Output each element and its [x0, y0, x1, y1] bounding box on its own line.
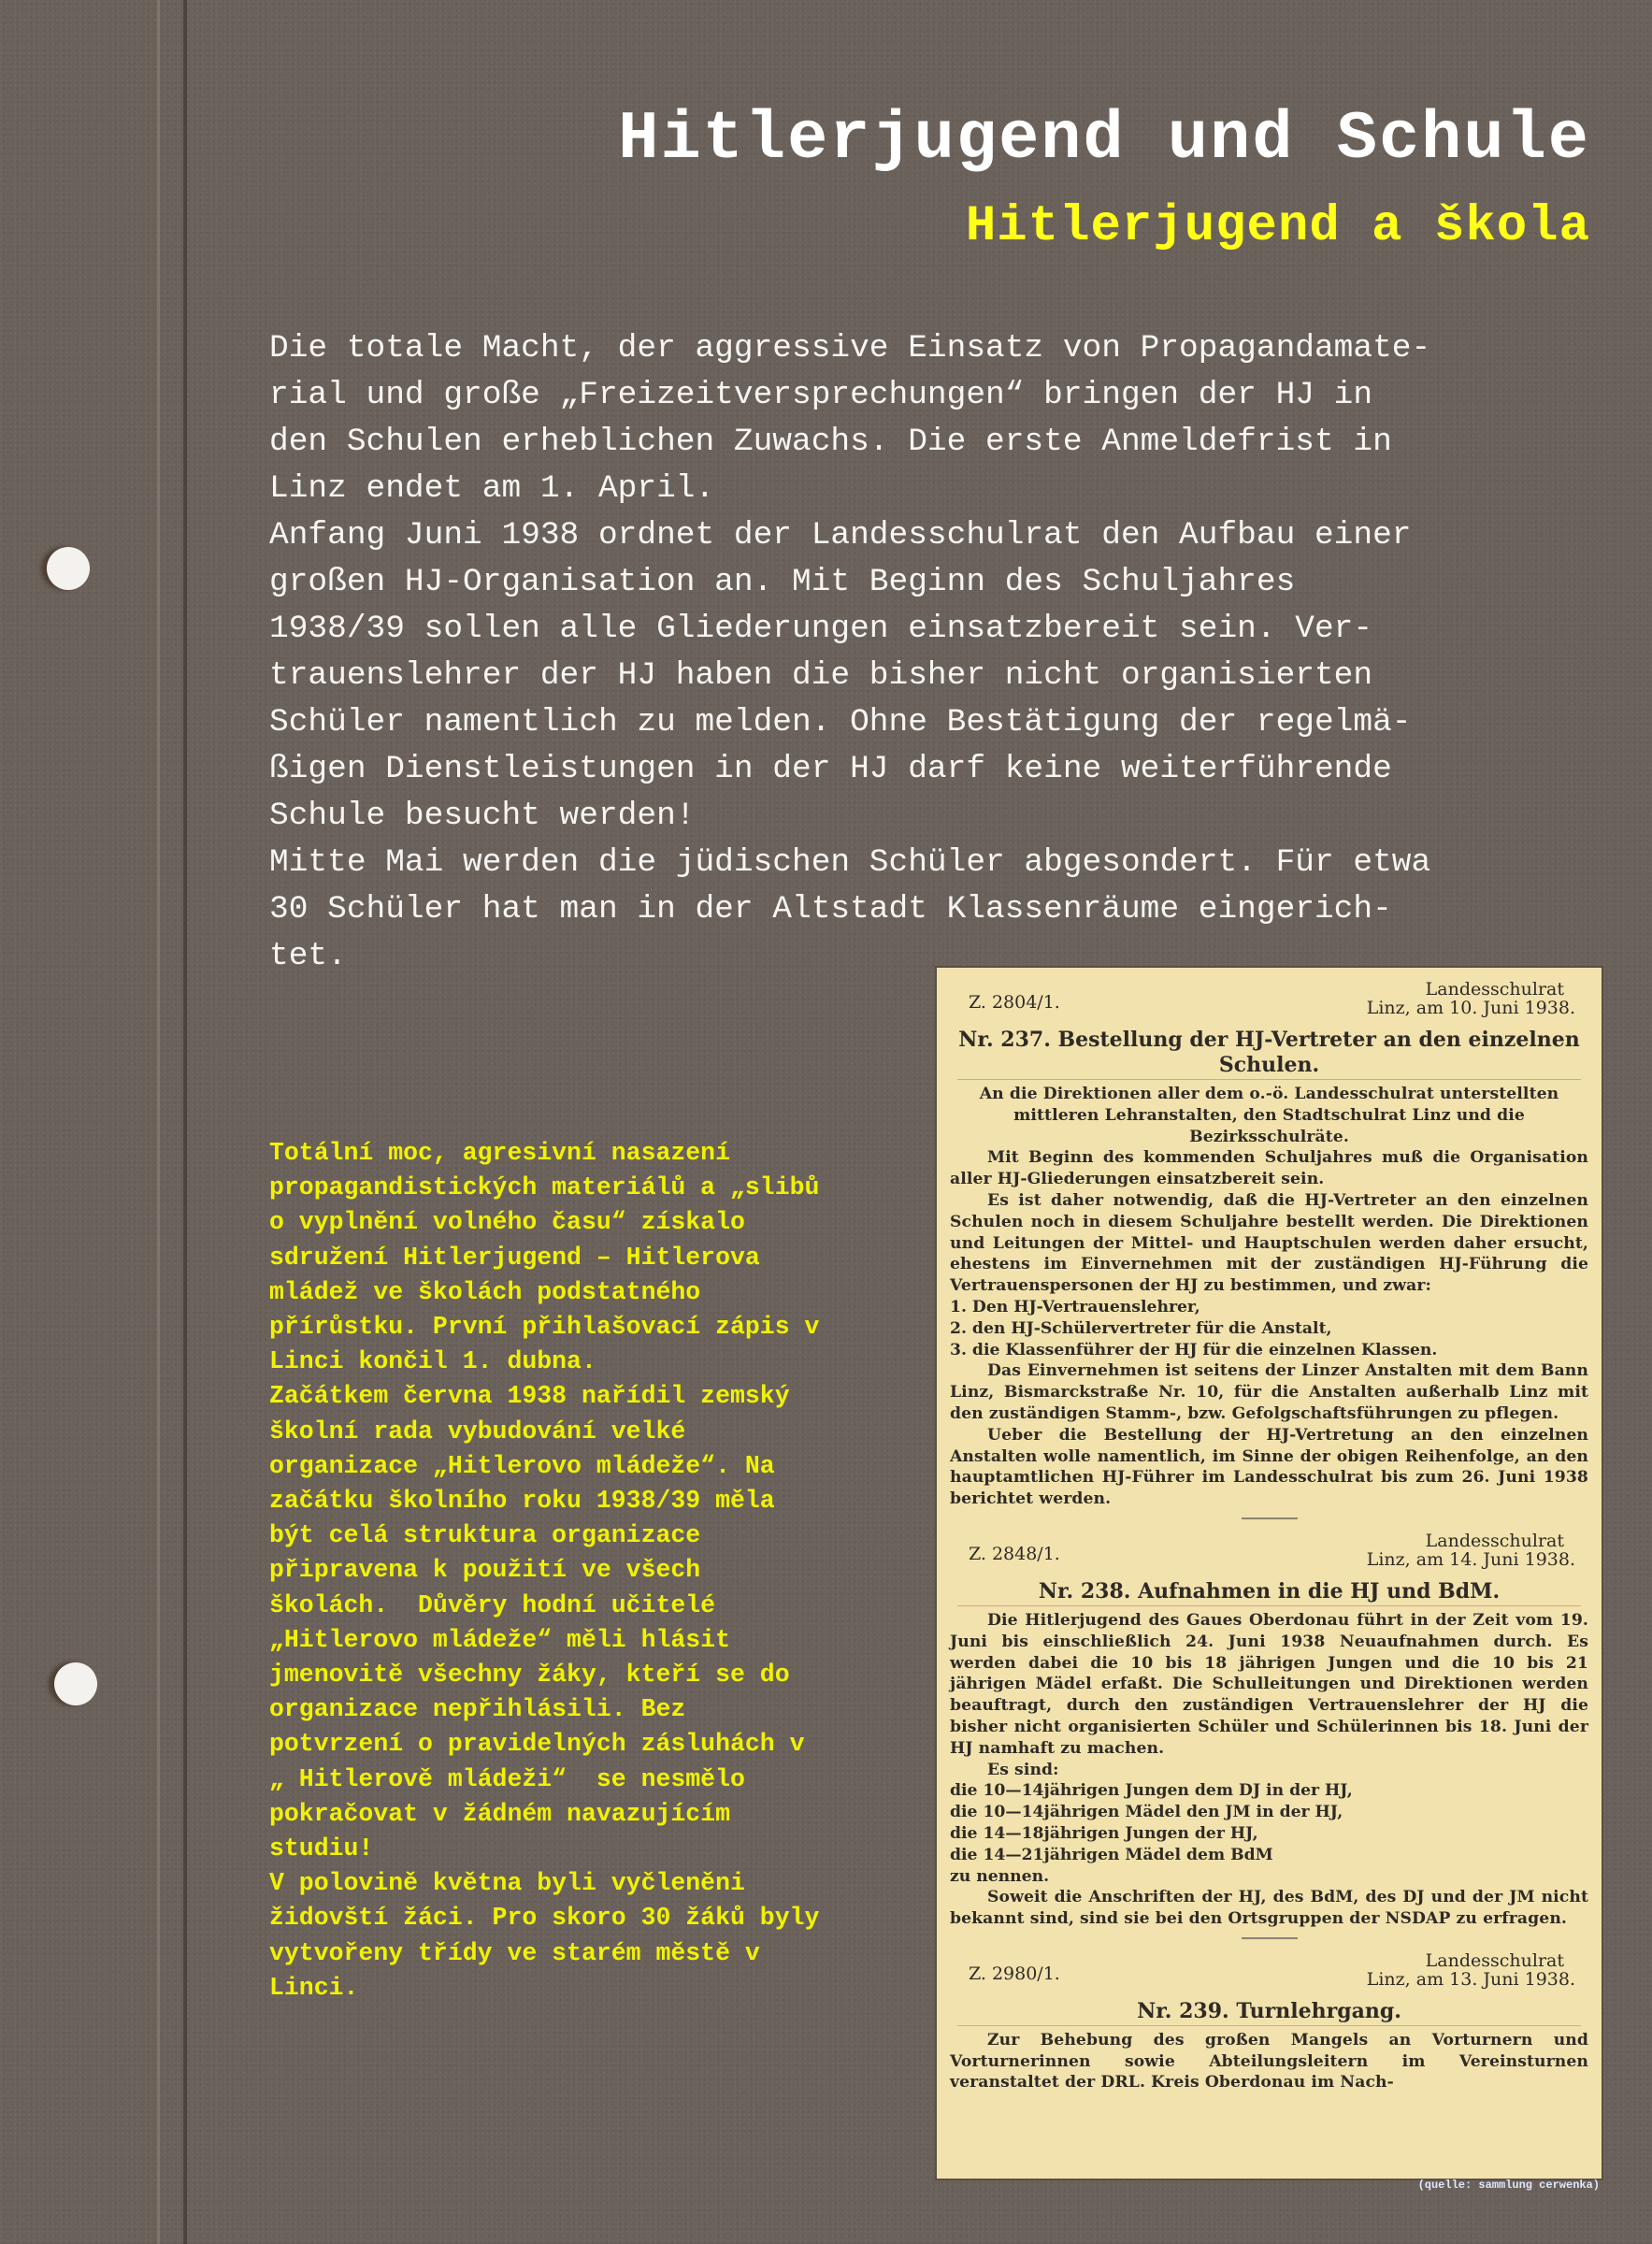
decree-title: Nr. 239. Turnlehrgang. [957, 1999, 1581, 2026]
czech-text-line: školní rada vybudování velké [269, 1415, 905, 1449]
decree-list-item: die 14—18jährigen Jungen der HJ, [950, 1823, 1588, 1845]
decree-paragraph: Die Hitlerjugend des Gaues Oberdonau füh… [950, 1610, 1588, 1760]
decree-issuer: Landesschulrat [1426, 1950, 1564, 1971]
decree-list-item: die 10—14jährigen Mädel den JM in der HJ… [950, 1802, 1588, 1823]
newspaper-clipping: Z. 2804/1.LandesschulratLinz, am 10. Jun… [937, 968, 1602, 2179]
decree-section: Z. 2848/1.LandesschulratLinz, am 14. Jun… [937, 1527, 1602, 1930]
decree-paragraph: Es ist daher notwendig, daß die HJ-Vertr… [950, 1190, 1588, 1297]
decree-issuer: Landesschulrat [1426, 1531, 1564, 1551]
binder-spine-fold [183, 0, 187, 2244]
decree-list-item: 2. den HJ-Schülervertreter für die Ansta… [950, 1318, 1588, 1340]
czech-body-text: Totální moc, agresivní nasazenípropagand… [269, 1136, 905, 2006]
czech-text-line: Linci končil 1. dubna. [269, 1345, 905, 1379]
czech-text-line: přírůstku. První přihlašovací zápis v [269, 1310, 905, 1345]
source-caption: (quelle: sammlung cerwenka) [1418, 2179, 1600, 2192]
czech-text-line: „Hitlerovo mládeže“ měli hlásit [269, 1623, 905, 1658]
decree-header: Z. 2804/1.LandesschulratLinz, am 10. Jun… [950, 975, 1588, 1028]
german-text-line: 1938/39 sollen alle Gliederungen einsatz… [269, 606, 1597, 653]
decree-address: An die Direktionen aller dem o.-ö. Lande… [950, 1084, 1588, 1147]
czech-text-line: Totální moc, agresivní nasazení [269, 1136, 905, 1171]
decree-reference: Z. 2848/1. [969, 1544, 1060, 1564]
binder-spine-crease [157, 0, 160, 2244]
german-text-line: Schule besucht werden! [269, 793, 1597, 840]
decree-paragraph: Das Einvernehmen ist seitens der Linzer … [950, 1360, 1588, 1424]
czech-text-line: o vyplnění volného času“ získalo [269, 1205, 905, 1240]
page-title-czech: Hitlerjugend a škola [966, 198, 1590, 255]
decree-list-item: 1. Den HJ-Vertrauenslehrer, [950, 1297, 1588, 1318]
decree-title: Nr. 238. Aufnahmen in die HJ und BdM. [957, 1579, 1581, 1606]
czech-text-line: V polovině května byli vyčleněni [269, 1866, 905, 1901]
decree-paragraph: Ueber die Bestellung der HJ-Vertretung a… [950, 1425, 1588, 1510]
czech-text-line: studiu! [269, 1832, 905, 1866]
czech-text-line: organizace „Hitlerovo mládeže“. Na [269, 1449, 905, 1484]
german-text-line: Linz endet am 1. April. [269, 466, 1597, 512]
czech-text-line: školách. Důvěry hodní učitelé [269, 1589, 905, 1623]
czech-text-line: „ Hitlerově mládeži“ se nesmělo [269, 1762, 905, 1797]
decree-section: Z. 2804/1.LandesschulratLinz, am 10. Jun… [937, 968, 1602, 1510]
czech-text-line: organizace nepřihlásili. Bez [269, 1692, 905, 1727]
german-text-line: Schüler namentlich zu melden. Ohne Bestä… [269, 699, 1597, 746]
punch-hole-top [47, 547, 90, 590]
decree-header: Z. 2848/1.LandesschulratLinz, am 14. Jun… [950, 1527, 1588, 1579]
decree-reference: Z. 2804/1. [969, 992, 1060, 1013]
german-text-line: Die totale Macht, der aggressive Einsatz… [269, 325, 1597, 372]
decree-header: Z. 2980/1.LandesschulratLinz, am 13. Jun… [950, 1947, 1588, 1999]
section-divider [1242, 1518, 1298, 1519]
decree-place-date: Linz, am 14. Juni 1938. [1367, 1549, 1575, 1570]
section-divider [1242, 1937, 1298, 1939]
czech-text-line: Linci. [269, 1971, 905, 2006]
decree-section: Z. 2980/1.LandesschulratLinz, am 13. Jun… [937, 1947, 1602, 2093]
decree-paragraph: Zur Behebung des großen Mangels an Vortu… [950, 2030, 1588, 2093]
czech-text-line: připravena k použití ve všech [269, 1553, 905, 1588]
czech-text-line: sdružení Hitlerjugend – Hitlerova [269, 1241, 905, 1275]
decree-list-item: zu nennen. [950, 1866, 1588, 1888]
decree-title: Nr. 237. Bestellung der HJ-Vertreter an … [957, 1028, 1581, 1080]
german-text-line: 30 Schüler hat man in der Altstadt Klass… [269, 886, 1597, 933]
decree-list-item: 3. die Klassenführer der HJ für die einz… [950, 1340, 1588, 1361]
german-text-line: den Schulen erheblichen Zuwachs. Die ers… [269, 419, 1597, 466]
punch-hole-bottom [54, 1662, 97, 1705]
czech-text-line: jmenovitě všechny žáky, kteří se do [269, 1658, 905, 1692]
german-body-text: Die totale Macht, der aggressive Einsatz… [269, 325, 1597, 980]
decree-list-item: die 10—14jährigen Jungen dem DJ in der H… [950, 1780, 1588, 1802]
decree-list-item: die 14—21jährigen Mädel dem BdM [950, 1845, 1588, 1866]
czech-text-line: začátku školního roku 1938/39 měla [269, 1484, 905, 1518]
czech-text-line: propagandistických materiálů a „slibů [269, 1171, 905, 1205]
czech-text-line: potvrzení o pravidelných zásluhách v [269, 1727, 905, 1762]
german-text-line: großen HJ-Organisation an. Mit Beginn de… [269, 559, 1597, 606]
german-text-line: ßigen Dienstleistungen in der HJ darf ke… [269, 746, 1597, 793]
german-text-line: trauenslehrer der HJ haben die bisher ni… [269, 653, 1597, 699]
czech-text-line: mládež ve školách podstatného [269, 1275, 905, 1310]
german-text-line: Anfang Juni 1938 ordnet der Landesschulr… [269, 512, 1597, 559]
czech-text-line: být celá struktura organizace [269, 1518, 905, 1553]
german-text-line: Mitte Mai werden die jüdischen Schüler a… [269, 840, 1597, 886]
decree-place-date: Linz, am 10. Juni 1938. [1367, 998, 1575, 1018]
decree-paragraph: Soweit die Anschriften der HJ, des BdM, … [950, 1887, 1588, 1930]
decree-issuer: Landesschulrat [1426, 979, 1564, 1000]
czech-text-line: židovští žáci. Pro skoro 30 žáků byly [269, 1901, 905, 1935]
german-text-line: rial und große „Freizeitversprechungen“ … [269, 372, 1597, 419]
page-title-german: Hitlerjugend und Schule [618, 101, 1590, 178]
czech-text-line: vytvořeny třídy ve starém městě v [269, 1936, 905, 1971]
decree-paragraph: Mit Beginn des kommenden Schuljahres muß… [950, 1147, 1588, 1190]
czech-text-line: Začátkem června 1938 nařídil zemský [269, 1379, 905, 1414]
decree-paragraph: Es sind: [950, 1760, 1588, 1781]
czech-text-line: pokračovat v žádném navazujícím [269, 1797, 905, 1832]
decree-reference: Z. 2980/1. [969, 1963, 1060, 1984]
decree-place-date: Linz, am 13. Juni 1938. [1367, 1969, 1575, 1990]
